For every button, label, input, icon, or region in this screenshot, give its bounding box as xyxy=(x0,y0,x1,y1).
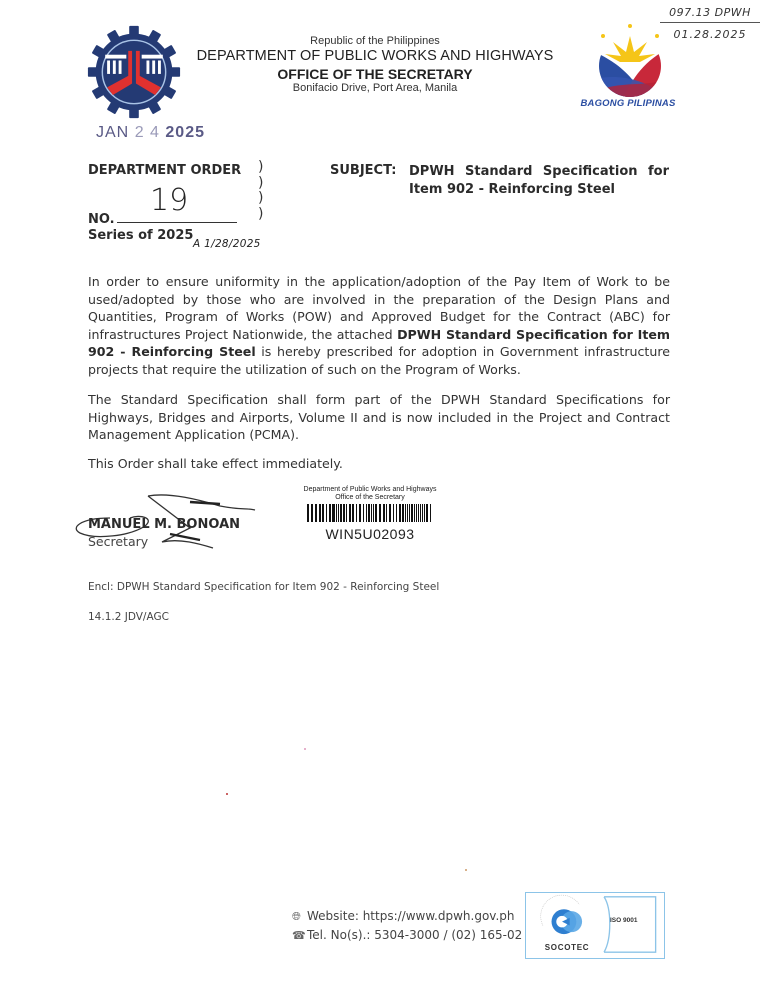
office-name: OFFICE OF THE SECRETARY xyxy=(190,66,560,83)
dpwh-seal-icon xyxy=(86,24,182,120)
stamp-day: 2 4 xyxy=(135,124,160,141)
order-number: 19 xyxy=(150,183,188,218)
handwritten-initial: A 1/28/2025 xyxy=(193,238,261,250)
phone-icon: ☎︎ xyxy=(292,926,305,945)
barcode-number: WIN5U02093 xyxy=(290,527,450,542)
signatory-name: MANUEL M. BONOAN xyxy=(88,517,240,532)
stamp-year: 2025 xyxy=(165,124,205,141)
body-paragraph-1: In order to ensure uniformity in the app… xyxy=(88,273,670,379)
order-number-label: NO. xyxy=(88,212,115,227)
office-address: Bonifacio Drive, Port Area, Manila xyxy=(190,82,560,95)
barcode-stamp: Department of Public Works and Highways … xyxy=(290,486,450,542)
barcode-icon xyxy=(306,504,434,522)
reference-code: 14.1.2 JDV/AGC xyxy=(88,611,169,623)
body-paragraph-2: The Standard Specification shall form pa… xyxy=(88,391,670,444)
date-stamp: JAN 2 4 2025 xyxy=(96,124,205,142)
republic-line: Republic of the Philippines xyxy=(190,35,560,48)
iso-label: ISO 9001 xyxy=(610,917,637,924)
phone-number: Tel. No(s).: 5304-3000 / (02) 165-02 xyxy=(307,928,522,942)
department-name: DEPARTMENT OF PUBLIC WORKS AND HIGHWAYS xyxy=(190,48,560,65)
signatory-title: Secretary xyxy=(88,534,148,549)
stamp-month: JAN xyxy=(96,124,129,141)
phone-line: ☎︎Tel. No(s).: 5304-3000 / (02) 165-02 xyxy=(292,926,522,945)
receipt-annotation: 097.13 DPWH 01.28.2025 xyxy=(660,6,760,41)
receipt-date: 01.28.2025 xyxy=(660,28,760,41)
barcode-office: Office of the Secretary xyxy=(290,494,450,502)
scan-speck xyxy=(226,793,228,795)
globe-icon: 🌐︎ xyxy=(292,907,305,926)
receipt-code: 097.13 DPWH xyxy=(660,6,760,23)
subject-text: DPWH Standard Specification for Item 902… xyxy=(409,163,669,199)
subject-label: SUBJECT: xyxy=(330,163,396,178)
scan-speck xyxy=(304,748,306,750)
letterhead: Republic of the Philippines DEPARTMENT O… xyxy=(190,35,560,96)
order-number-line xyxy=(117,222,237,223)
website-link[interactable]: Website: https://www.dpwh.gov.ph xyxy=(307,909,515,923)
order-series: Series of 2025 xyxy=(88,228,193,243)
website-line: 🌐︎Website: https://www.dpwh.gov.ph xyxy=(292,907,522,926)
order-brackets: ) ) ) ) xyxy=(258,160,263,222)
footer-contact: 🌐︎Website: https://www.dpwh.gov.ph ☎︎Tel… xyxy=(292,907,522,945)
scan-speck xyxy=(465,869,467,871)
body-paragraph-3: This Order shall take effect immediately… xyxy=(88,455,670,473)
bagong-pilipinas-label: BAGONG PILIPINAS xyxy=(572,98,684,109)
enclosure-note: Encl: DPWH Standard Specification for It… xyxy=(88,581,439,593)
socotec-label: SOCOTEC xyxy=(531,943,603,952)
barcode-dept: Department of Public Works and Highways xyxy=(290,486,450,494)
department-order-label: DEPARTMENT ORDER xyxy=(88,163,241,178)
